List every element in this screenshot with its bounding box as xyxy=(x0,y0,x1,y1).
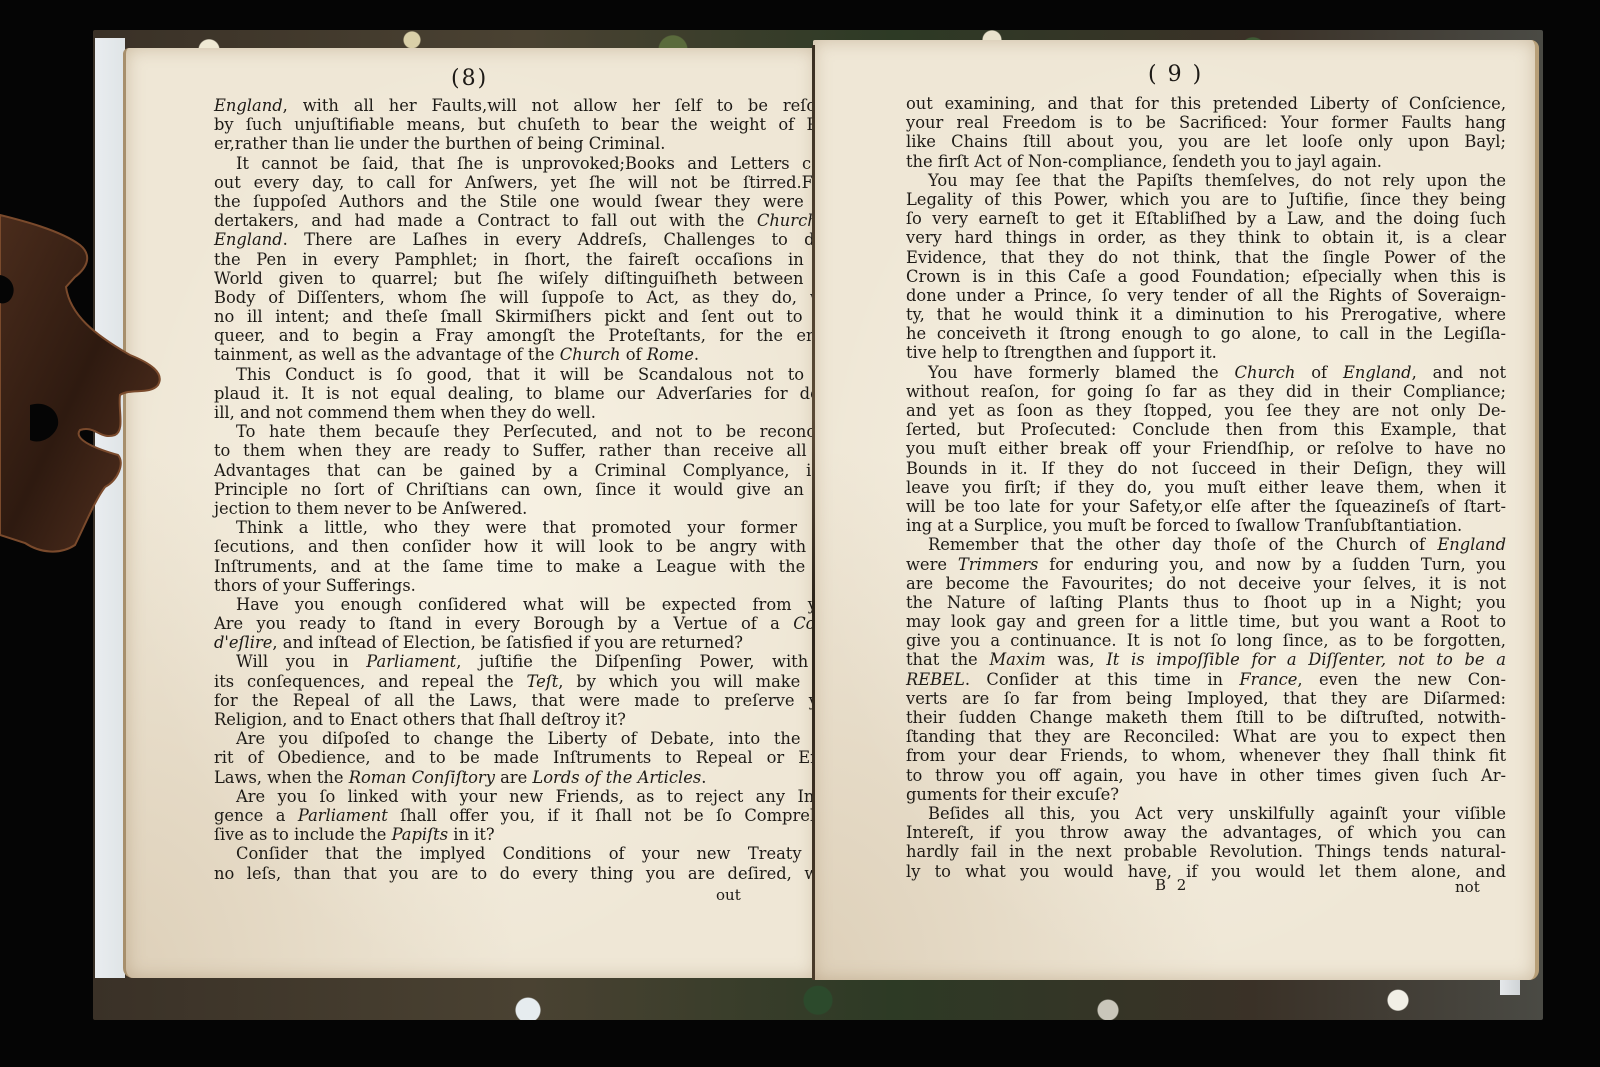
roman-text: are become the Favourites; do not deceiv… xyxy=(906,574,1506,593)
roman-text: thors of your Sufferings. xyxy=(214,576,416,595)
catchword: not xyxy=(1455,878,1480,896)
roman-text: Bounds in it. If they do not ſucceed in … xyxy=(906,459,1506,478)
roman-text: done under a Prince, ſo very tender of a… xyxy=(906,286,1506,305)
text-line: ly to what you would have, if you would … xyxy=(906,862,1506,881)
italic-text: England xyxy=(214,96,283,115)
roman-text: the Pen in every Pamphlet; in ſhort, the… xyxy=(214,250,846,269)
text-line: will be too late for your Safety,or elſe… xyxy=(906,497,1506,516)
text-line: Think a little, who they were that promo… xyxy=(214,518,846,537)
roman-text: ly to what you would have, if you would … xyxy=(906,862,1506,881)
roman-text: It cannot be ſaid, that ſhe is unprovoke… xyxy=(236,154,846,173)
text-line: tainment, as well as the advantage of th… xyxy=(214,345,846,364)
italic-text: England xyxy=(214,230,283,249)
roman-text: . xyxy=(701,768,706,787)
text-line: out examining, and that for this pretend… xyxy=(906,94,1506,113)
roman-text: dertakers, and had made a Contract to fa… xyxy=(214,211,757,230)
text-line: ty, that he would think it a diminution … xyxy=(906,305,1506,324)
left-page: (8) England, with all her Faults,will no… xyxy=(123,48,816,978)
italic-text: Parliament xyxy=(366,652,456,671)
text-line: Will you in Parliament, juſtifie the Diſ… xyxy=(214,652,846,671)
text-line: You have formerly blamed the Church of E… xyxy=(906,363,1506,382)
roman-text: very hard things in order, as they think… xyxy=(906,228,1506,247)
roman-text: their ſudden Change maketh them ſtill to… xyxy=(906,708,1506,727)
roman-text: without reaſon, for going ſo far as they… xyxy=(906,382,1506,401)
roman-text: Have you enough conſidered what will be … xyxy=(236,595,846,614)
roman-text: Are you ready to ſtand in every Borough … xyxy=(214,614,793,633)
italic-text: Church xyxy=(757,211,818,230)
right-page-text: out examining, and that for this pretend… xyxy=(906,94,1506,881)
italic-text: France xyxy=(1239,670,1297,689)
roman-text: rit of Obedience, and to be made Inſtrum… xyxy=(214,748,846,767)
italic-text: England xyxy=(1343,363,1412,382)
italic-text: Papiſts xyxy=(392,825,448,844)
roman-text: to throw you off again, you have in othe… xyxy=(906,766,1506,785)
roman-text: . Conſider at this time in xyxy=(965,670,1240,689)
text-line: the Nature of laſting Plants thus to ſho… xyxy=(906,593,1506,612)
text-line: Laws, when the Roman Conſiſtory are Lord… xyxy=(214,768,846,787)
roman-text: to them when they are ready to Suffer, r… xyxy=(214,441,846,460)
text-line: Beſides all this, you Act very unskilful… xyxy=(906,804,1506,823)
roman-text: hardly fail in the next probable Revolut… xyxy=(906,842,1506,861)
italic-text: Rome xyxy=(647,345,694,364)
roman-text: Inſtruments, and at the ſame time to mak… xyxy=(214,557,846,576)
text-line: he conceiveth it ſtrong enough to go alo… xyxy=(906,324,1506,343)
text-line: ſive as to include the Papiſts in it? xyxy=(214,825,846,844)
text-line: World given to quarrel; but ſhe wiſely d… xyxy=(214,269,846,288)
roman-text: your real Freedom is to be Sacrificed: Y… xyxy=(906,113,1506,132)
roman-text: World given to quarrel; but ſhe wiſely d… xyxy=(214,269,846,288)
roman-text: , even the new Con- xyxy=(1297,670,1506,689)
text-line: England, with all her Faults,will not al… xyxy=(214,96,846,115)
roman-text: and yet as ſoon as they ſtopped, you ſee… xyxy=(906,401,1506,420)
text-line: its conſequences, and repeal the Teſt, b… xyxy=(214,672,846,691)
text-line: no leſs, than that you are to do every t… xyxy=(214,864,846,883)
roman-text: ſecutions, and then conſider how it will… xyxy=(214,537,846,556)
italic-text: Roman Conſiſtory xyxy=(349,768,495,787)
text-line: Conſider that the implyed Conditions of … xyxy=(214,844,846,863)
italic-text: Maxim xyxy=(989,650,1045,669)
text-line: are become the Favourites; do not deceiv… xyxy=(906,574,1506,593)
italic-text: England xyxy=(1437,535,1506,554)
italic-text: REBEL xyxy=(906,670,965,689)
text-line: ſtanding that they are Reconciled: What … xyxy=(906,727,1506,746)
roman-text: Intereſt, if you throw away the advantag… xyxy=(906,823,1506,842)
text-line: thors of your Sufferings. xyxy=(214,576,846,595)
text-line: ſo very earneſt to get it Eſtabliſhed by… xyxy=(906,209,1506,228)
text-line: It cannot be ſaid, that ſhe is unprovoke… xyxy=(214,154,846,173)
roman-text: out every day, to call for Anſwers, yet … xyxy=(214,173,846,192)
roman-text: tainment, as well as the advantage of th… xyxy=(214,345,560,364)
roman-text: by ſuch unjuſtifiable means, but chuſeth… xyxy=(214,115,846,134)
roman-text: like Chains ſtill about you, you are let… xyxy=(906,132,1506,151)
text-line: leave you firſt; if they do, you muſt ei… xyxy=(906,478,1506,497)
roman-text: This Conduct is ſo good, that it will be… xyxy=(236,365,846,384)
roman-text: Are you ſo linked with your new Friends,… xyxy=(236,787,846,806)
roman-text: , juſtifie the Diſpenſing Power, with al… xyxy=(456,652,846,671)
text-line: like Chains ſtill about you, you are let… xyxy=(906,132,1506,151)
text-line: gence a Parliament ſhall offer you, if i… xyxy=(214,806,846,825)
page-number: (8) xyxy=(451,66,488,91)
roman-text: Laws, when the xyxy=(214,768,349,787)
roman-text: the ſuppoſed Authors and the Stile one w… xyxy=(214,192,846,211)
text-line: Inſtruments, and at the ſame time to mak… xyxy=(214,557,846,576)
roman-text: . There are Laſhes in every Addreſs, Cha… xyxy=(283,230,846,249)
italic-text: Church xyxy=(1235,363,1296,382)
text-line: er,rather than lie under the burthen of … xyxy=(214,134,846,153)
text-line: Advantages that can be gained by a Crimi… xyxy=(214,461,846,480)
text-line: Are you ready to ſtand in every Borough … xyxy=(214,614,846,633)
roman-text: you muſt either break off your Friendſhi… xyxy=(906,439,1506,458)
text-line: dertakers, and had made a Contract to fa… xyxy=(214,211,846,230)
text-line: Legality of this Power, which you are to… xyxy=(906,190,1506,209)
roman-text: tive help to ſtrengthen and ſupport it. xyxy=(906,343,1217,362)
roman-text: ill, and not commend them when they do w… xyxy=(214,403,596,422)
text-line: Remember that the other day thoſe of the… xyxy=(906,535,1506,554)
roman-text: ſo very earneſt to get it Eſtabliſhed by… xyxy=(906,209,1506,228)
roman-text: that the xyxy=(906,650,989,669)
text-line: the ſuppoſed Authors and the Stile one w… xyxy=(214,192,846,211)
roman-text: Legality of this Power, which you are to… xyxy=(906,190,1506,209)
roman-text: out examining, and that for this pretend… xyxy=(906,94,1506,113)
signature-mark: B 2 xyxy=(1155,876,1189,894)
text-line: ing at a Surplice, you muſt be forced to… xyxy=(906,516,1506,535)
text-line: the firſt Act of Non-compliance, ſendeth… xyxy=(906,152,1506,171)
page-number: ( 9 ) xyxy=(1148,62,1203,87)
text-line: no ill intent; and theſe ſmall Skirmiſhe… xyxy=(214,307,846,326)
text-line: Evidence, that they do not think, that t… xyxy=(906,248,1506,267)
book-gutter xyxy=(812,45,815,980)
roman-text: Advantages that can be gained by a Crimi… xyxy=(214,461,846,480)
roman-text: gence a xyxy=(214,806,298,825)
roman-text: ing at a Surplice, you muſt be forced to… xyxy=(906,516,1462,535)
roman-text: , with all her Faults,will not allow her… xyxy=(283,96,846,115)
text-line: plaud it. It is not equal dealing, to bl… xyxy=(214,384,846,403)
roman-text: of xyxy=(1295,363,1343,382)
text-line: ill, and not commend them when they do w… xyxy=(214,403,846,422)
right-page: ( 9 ) out examining, and that for this p… xyxy=(813,40,1539,980)
text-line: ſecutions, and then conſider how it will… xyxy=(214,537,846,556)
roman-text: , by which you will make way xyxy=(558,672,846,691)
text-line: by ſuch unjuſtifiable means, but chuſeth… xyxy=(214,115,846,134)
text-line: Principle no ſort of Chriſtians can own,… xyxy=(214,480,846,499)
italic-text: Teſt xyxy=(526,672,558,691)
roman-text: jection to them never to be Anſwered. xyxy=(214,499,527,518)
roman-text: ſtanding that they are Reconciled: What … xyxy=(906,727,1506,746)
text-line: Have you enough conſidered what will be … xyxy=(214,595,846,614)
text-line: without reaſon, for going ſo far as they… xyxy=(906,382,1506,401)
roman-text: from your dear Friends, to whom, wheneve… xyxy=(906,746,1506,765)
italic-text: Church xyxy=(560,345,621,364)
roman-text: plaud it. It is not equal dealing, to bl… xyxy=(214,384,846,403)
text-line: and yet as ſoon as they ſtopped, you ſee… xyxy=(906,401,1506,420)
roman-text: its conſequences, and repeal the xyxy=(214,672,526,691)
text-line: To hate them becauſe they Perſecuted, an… xyxy=(214,422,846,441)
italic-text: Lords of the Articles xyxy=(532,768,701,787)
text-line: may look gay and green for a little time… xyxy=(906,612,1506,631)
roman-text: . xyxy=(694,345,699,364)
text-line: Are you diſpoſed to change the Liberty o… xyxy=(214,729,846,748)
text-line: This Conduct is ſo good, that it will be… xyxy=(214,365,846,384)
italic-text: It is impoſſible for a Diſſenter, not to… xyxy=(1106,650,1506,669)
text-line: their ſudden Change maketh them ſtill to… xyxy=(906,708,1506,727)
roman-text: ty, that he would think it a diminution … xyxy=(906,305,1506,324)
italic-text: Parliament xyxy=(298,806,388,825)
roman-text: ſerted, but Proſecuted: Conclude then fr… xyxy=(906,420,1506,439)
roman-text: no ill intent; and theſe ſmall Skirmiſhe… xyxy=(214,307,846,326)
text-line: that the Maxim was, It is impoſſible for… xyxy=(906,650,1506,669)
roman-text: of xyxy=(621,345,647,364)
roman-text: the Nature of laſting Plants thus to ſho… xyxy=(906,593,1506,612)
roman-text: , and inſtead of Election, be ſatisfied … xyxy=(272,633,743,652)
roman-text: he conceiveth it ſtrong enough to go alo… xyxy=(906,324,1506,343)
roman-text: for enduring you, and now by a ſudden Tu… xyxy=(1038,555,1506,574)
roman-text: ſhall offer you, if it ſhall not be ſo C… xyxy=(388,806,846,825)
roman-text: was, xyxy=(1046,650,1107,669)
italic-text: d'eſlire xyxy=(214,633,272,652)
roman-text: were xyxy=(906,555,958,574)
roman-text: the firſt Act of Non-compliance, ſendeth… xyxy=(906,152,1382,171)
roman-text: You have formerly blamed the xyxy=(928,363,1235,382)
text-line: Bounds in it. If they do not ſucceed in … xyxy=(906,459,1506,478)
text-line: You may ſee that the Papiſts themſelves,… xyxy=(906,171,1506,190)
text-line: your real Freedom is to be Sacrificed: Y… xyxy=(906,113,1506,132)
text-line: from your dear Friends, to whom, wheneve… xyxy=(906,746,1506,765)
roman-text: Think a little, who they were that promo… xyxy=(236,518,846,537)
text-line: you muſt either break off your Friendſhi… xyxy=(906,439,1506,458)
roman-text: , and not xyxy=(1412,363,1506,382)
text-line: tive help to ſtrengthen and ſupport it. xyxy=(906,343,1506,362)
roman-text: no leſs, than that you are to do every t… xyxy=(214,864,846,883)
roman-text: queer, and to begin a Fray amongſt the P… xyxy=(214,326,846,345)
text-line: Crown is in this Caſe a good Foundation;… xyxy=(906,267,1506,286)
text-line: rit of Obedience, and to be made Inſtrum… xyxy=(214,748,846,767)
roman-text: in it? xyxy=(448,825,495,844)
text-line: for the Repeal of all the Laws, that wer… xyxy=(214,691,846,710)
text-line: ſerted, but Proſecuted: Conclude then fr… xyxy=(906,420,1506,439)
roman-text: To hate them becauſe they Perſecuted, an… xyxy=(236,422,846,441)
roman-text: are xyxy=(495,768,532,787)
text-line: jection to them never to be Anſwered. xyxy=(214,499,846,518)
roman-text: verts are ſo far from being Imployed, th… xyxy=(906,689,1506,708)
text-line: queer, and to begin a Fray amongſt the P… xyxy=(214,326,846,345)
roman-text: er,rather than lie under the burthen of … xyxy=(214,134,665,153)
roman-text: ſive as to include the xyxy=(214,825,392,844)
text-line: verts are ſo far from being Imployed, th… xyxy=(906,689,1506,708)
italic-text: Trimmers xyxy=(958,555,1039,574)
text-line: Religion, and to Enact others that ſhall… xyxy=(214,710,846,729)
roman-text: may look gay and green for a little time… xyxy=(906,612,1506,631)
text-line: d'eſlire, and inſtead of Election, be ſa… xyxy=(214,633,846,652)
left-page-text: England, with all her Faults,will not al… xyxy=(214,96,846,883)
roman-text: will be too late for your Safety,or elſe… xyxy=(906,497,1506,516)
roman-text: Evidence, that they do not think, that t… xyxy=(906,248,1506,267)
bronze-page-clip-icon xyxy=(0,205,165,555)
text-line: the Pen in every Pamphlet; in ſhort, the… xyxy=(214,250,846,269)
text-line: very hard things in order, as they think… xyxy=(906,228,1506,247)
roman-text: Remember that the other day thoſe of the… xyxy=(928,535,1437,554)
text-line: REBEL. Conſider at this time in France, … xyxy=(906,670,1506,689)
roman-text: Principle no ſort of Chriſtians can own,… xyxy=(214,480,846,499)
roman-text: Religion, and to Enact others that ſhall… xyxy=(214,710,626,729)
text-line: Body of Diſſenters, whom ſhe will ſuppoſ… xyxy=(214,288,846,307)
text-line: to throw you off again, you have in othe… xyxy=(906,766,1506,785)
text-line: hardly fail in the next probable Revolut… xyxy=(906,842,1506,861)
roman-text: guments for their excuſe? xyxy=(906,785,1119,804)
text-line: Are you ſo linked with your new Friends,… xyxy=(214,787,846,806)
roman-text: give you a continuance. It is not ſo lon… xyxy=(906,631,1506,650)
roman-text: Will you in xyxy=(236,652,366,671)
catchword: out xyxy=(716,886,741,904)
roman-text: Crown is in this Caſe a good Foundation;… xyxy=(906,267,1506,286)
roman-text: for the Repeal of all the Laws, that wer… xyxy=(214,691,846,710)
text-line: guments for their excuſe? xyxy=(906,785,1506,804)
text-line: Intereſt, if you throw away the advantag… xyxy=(906,823,1506,842)
roman-text: You may ſee that the Papiſts themſelves,… xyxy=(928,171,1506,190)
text-line: done under a Prince, ſo very tender of a… xyxy=(906,286,1506,305)
text-line: England. There are Laſhes in every Addre… xyxy=(214,230,846,249)
text-line: give you a continuance. It is not ſo lon… xyxy=(906,631,1506,650)
roman-text: Body of Diſſenters, whom ſhe will ſuppoſ… xyxy=(214,288,846,307)
text-line: were Trimmers for enduring you, and now … xyxy=(906,555,1506,574)
text-line: to them when they are ready to Suffer, r… xyxy=(214,441,846,460)
roman-text: Are you diſpoſed to change the Liberty o… xyxy=(236,729,846,748)
roman-text: Beſides all this, you Act very unskilful… xyxy=(928,804,1506,823)
roman-text: leave you firſt; if they do, you muſt ei… xyxy=(906,478,1506,497)
roman-text: Conſider that the implyed Conditions of … xyxy=(236,844,846,863)
text-line: out every day, to call for Anſwers, yet … xyxy=(214,173,846,192)
